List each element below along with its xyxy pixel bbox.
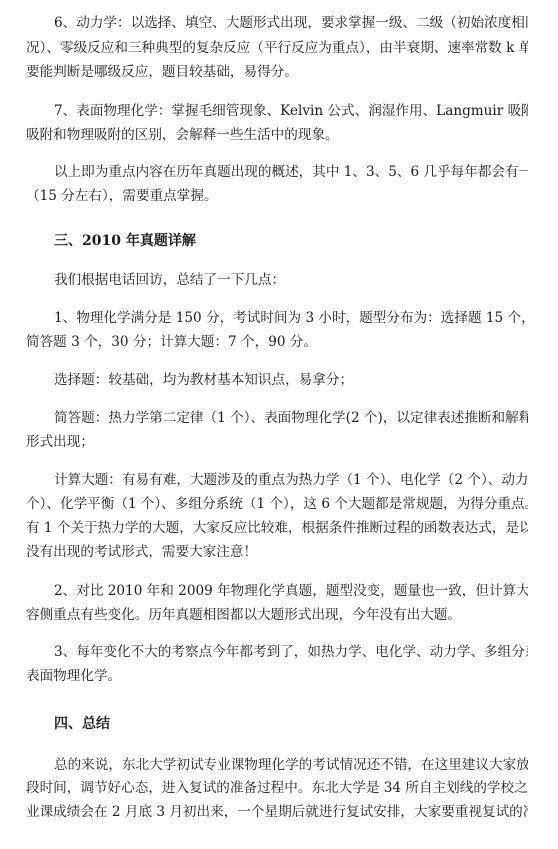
- paragraph-line: 没有出现的考试形式，需要大家注意！: [26, 542, 528, 562]
- paragraph-line: 7、表面物理化学：掌握毛细管现象、Kelvin 公式、润湿作用、Langmuir…: [54, 101, 528, 121]
- heading-text: 三、2010 年真题详解: [54, 231, 528, 251]
- paragraph-line: 个）、化学平衡（1 个）、多组分系统（1 个），这 6 个大题都是常规题，为得分…: [26, 494, 528, 514]
- paragraph-line: 3、每年变化不大的考察点今年都考到了，如热力学、电化学、动力学、多组分系统、: [54, 642, 528, 662]
- paragraph-line: 要能判断是哪级反应，题目较基础，易得分。: [26, 62, 528, 82]
- paragraph-line: （15 分左右），需要重点掌握。: [26, 186, 528, 206]
- paragraph-line: 业课成绩会在 2 月底 3 月初出来，一个星期后就进行复试安排，大家要重视复试的…: [26, 802, 528, 822]
- paragraph-line: 1、物理化学满分是 150 分，考试时间为 3 小时，题型分布为：选择题 15 …: [54, 308, 528, 328]
- paragraph-line: 简答题：热力学第二定律（1 个）、表面物理化学(2 个)，以定律表述推断和解释现…: [54, 408, 528, 428]
- paragraph-line: 容侧重点有些变化。历年真题相图都以大题形式出现，今年没有出大题。: [26, 605, 528, 625]
- paragraph-line: 总的来说，东北大学初试专业课物理化学的考试情况还不错，在这里建议大家放松一: [54, 755, 528, 775]
- paragraph-line: 有 1 个关于热力学的大题，大家反应比较难，根据条件推断过程的函数表达式，是以往…: [26, 518, 528, 538]
- paragraph-line: 选择题：较基础，均为教材基本知识点，易拿分；: [54, 370, 528, 390]
- paragraph-line: 6、动力学：以选择、填空、大题形式出现，要求掌握一级、二级（初始浓度相同的情: [54, 13, 528, 33]
- paragraph-line: 况）、零级反应和三种典型的复杂反应（平行反应为重点），由半衰期、速率常数 k 单…: [26, 38, 528, 58]
- paragraph-line: 吸附和物理吸附的区别，会解释一些生活中的现象。: [26, 125, 528, 145]
- paragraph-line: 我们根据电话回访，总结了一下几点：: [54, 270, 528, 290]
- paragraph-line: 以上即为重点内容在历年真题出现的概述，其中 1、3、5、6 几乎每年都会有一个大…: [54, 162, 528, 182]
- paragraph-line: 2、对比 2010 年和 2009 年物理化学真题，题型没变，题量也一致，但计算…: [54, 581, 528, 601]
- paragraph-line: 计算大题：有易有难，大题涉及的重点为热力学（1 个）、电化学（2 个）、动力学（…: [54, 470, 528, 490]
- paragraph-line: 形式出现；: [26, 432, 528, 452]
- paragraph-line: 简答题 3 个，30 分；计算大题：7 个，90 分。: [26, 332, 528, 352]
- heading-text: 四、总结: [54, 714, 528, 734]
- paragraph-line: 表面物理化学。: [26, 666, 528, 686]
- document-page: 6、动力学：以选择、填空、大题形式出现，要求掌握一级、二级（初始浓度相同的情况）…: [0, 0, 558, 849]
- paragraph-line: 段时间，调节好心态，进入复试的准备过程中。东北大学是 34 所自主划线的学校之一…: [26, 778, 528, 798]
